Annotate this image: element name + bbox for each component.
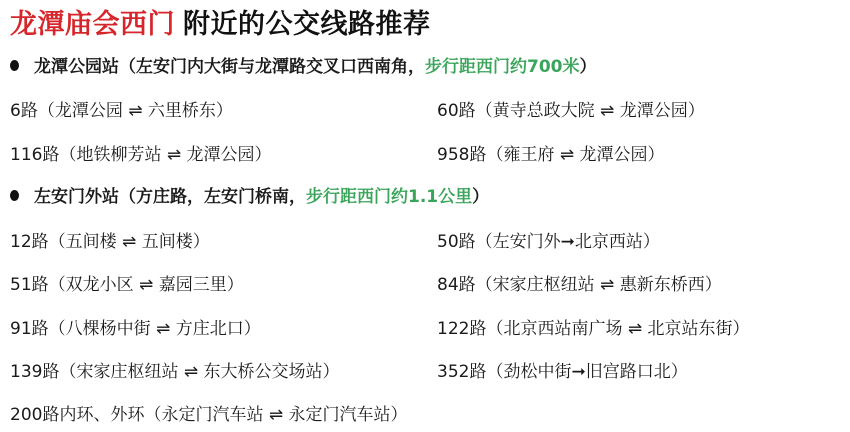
bullet-icon <box>10 190 19 201</box>
paren-close: ） <box>580 57 597 77</box>
route-item: 122路（北京西站南广场 ⇌ 北京站东街） <box>437 314 750 339</box>
route-text: （双龙小区 ⇌ 嘉园三里） <box>49 275 244 295</box>
route-text: （五间楼 ⇌ 五间楼） <box>49 232 210 252</box>
route-line: 958路 <box>437 145 486 165</box>
walk-distance: 步行距西门约1.1公里 <box>306 187 472 207</box>
paren-close: ） <box>472 187 489 207</box>
route-item: 958路（雍王府 ⇌ 龙潭公园） <box>437 140 665 165</box>
route-line: 352路 <box>437 362 486 382</box>
route-line: 116路 <box>10 145 59 165</box>
route-text: （黄寺总政大院 ⇌ 龙潭公园） <box>476 101 705 121</box>
title-highlight: 龙潭庙会西门 <box>10 9 175 40</box>
route-item: 60路（黄寺总政大院 ⇌ 龙潭公园） <box>437 96 705 121</box>
route-item: 84路（宋家庄枢纽站 ⇌ 惠新东桥西） <box>437 270 722 295</box>
station-name: 左安门外站（方庄路，左安门桥南， <box>34 187 306 207</box>
bullet-icon <box>10 60 19 71</box>
route-text: （劲松中街➞旧宫路口北） <box>486 362 687 382</box>
route-text: （左安门外➞北京西站） <box>476 232 660 252</box>
route-item: 50路（左安门外➞北京西站） <box>437 227 660 252</box>
route-item: 12路（五间楼 ⇌ 五间楼） <box>10 227 210 252</box>
route-text: （八棵杨中街 ⇌ 方庄北口） <box>49 319 261 339</box>
route-line: 200路内环、外环 <box>10 405 144 425</box>
route-item: 139路（宋家庄枢纽站 ⇌ 东大桥公交场站） <box>10 357 340 382</box>
route-text: （宋家庄枢纽站 ⇌ 东大桥公交场站） <box>59 362 339 382</box>
route-item: 200路内环、外环（永定门汽车站 ⇌ 永定门汽车站） <box>10 400 408 425</box>
route-line: 139路 <box>10 362 59 382</box>
route-text: （雍王府 ⇌ 龙潭公园） <box>486 145 664 165</box>
route-line: 60路 <box>437 101 476 121</box>
title-rest: 附近的公交线路推荐 <box>183 9 431 40</box>
route-text: （北京西站南广场 ⇌ 北京站东街） <box>486 319 749 339</box>
route-text: （永定门汽车站 ⇌ 永定门汽车站） <box>144 405 407 425</box>
station-heading-longtan-park: 龙潭公园站（左安门内大街与龙潭路交叉口西南角，步行距西门约700米） <box>10 52 597 77</box>
route-item: 116路（地铁柳芳站 ⇌ 龙潭公园） <box>10 140 272 165</box>
route-line: 50路 <box>437 232 476 252</box>
route-text: （地铁柳芳站 ⇌ 龙潭公园） <box>59 145 271 165</box>
route-line: 51路 <box>10 275 49 295</box>
station-name: 龙潭公园站（左安门内大街与龙潭路交叉口西南角， <box>34 57 425 77</box>
route-item: 352路（劲松中街➞旧宫路口北） <box>437 357 688 382</box>
walk-distance: 步行距西门约700米 <box>425 57 580 77</box>
route-text: （宋家庄枢纽站 ⇌ 惠新东桥西） <box>476 275 722 295</box>
route-line: 84路 <box>437 275 476 295</box>
page-title: 龙潭庙会西门附近的公交线路推荐 <box>10 2 431 41</box>
station-heading-zuoanmenwai: 左安门外站（方庄路，左安门桥南，步行距西门约1.1公里） <box>10 182 489 207</box>
route-line: 91路 <box>10 319 49 339</box>
route-line: 122路 <box>437 319 486 339</box>
route-item: 51路（双龙小区 ⇌ 嘉园三里） <box>10 270 244 295</box>
route-line: 12路 <box>10 232 49 252</box>
route-text: （龙潭公园 ⇌ 六里桥东） <box>38 101 233 121</box>
route-item: 91路（八棵杨中街 ⇌ 方庄北口） <box>10 314 261 339</box>
route-line: 6路 <box>10 101 38 121</box>
route-item: 6路（龙潭公园 ⇌ 六里桥东） <box>10 96 233 121</box>
